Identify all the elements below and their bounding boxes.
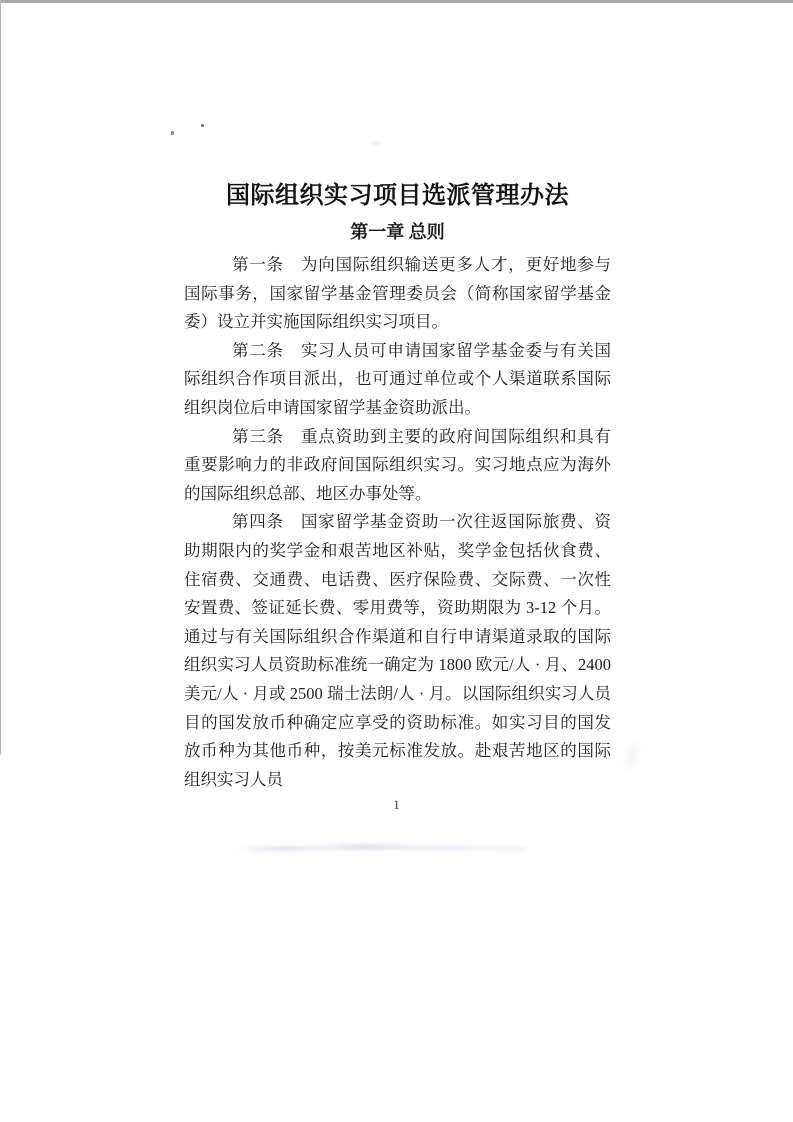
scan-smudge-bottom — [232, 838, 527, 856]
document-title: 国际组织实习项目选派管理办法 — [184, 181, 611, 211]
scan-smudge — [366, 139, 386, 147]
document-body: 国际组织实习项目选派管理办法 第一章 总则 第一条 为向国际组织输送更多人才，更… — [184, 181, 611, 794]
chapter-heading: 第一章 总则 — [184, 222, 611, 242]
body-paragraph: 第三条 重点资助到主要的政府间国际组织和具有重要影响力的非政府间国际组织实习。实… — [184, 423, 611, 509]
scan-speck — [171, 131, 174, 135]
body-paragraph: 第二条 实习人员可申请国家留学基金委与有关国际组织合作项目派出，也可通过单位或个… — [184, 337, 611, 423]
body-paragraph: 第一条 为向国际组织输送更多人才，更好地参与国际事务，国家留学基金管理委员会（简… — [184, 251, 611, 337]
scan-smudge-right — [604, 721, 661, 790]
scanned-document-page: 国际组织实习项目选派管理办法 第一章 总则 第一条 为向国际组织输送更多人才，更… — [0, 0, 793, 1122]
body-paragraph: 第四条 国家留学基金资助一次往返国际旅费、资助期限内的奖学金和艰苦地区补贴，奖学… — [184, 508, 611, 794]
scan-border-top — [0, 0, 793, 3]
scan-border-left — [0, 0, 1, 755]
page-number: 1 — [0, 797, 793, 813]
scan-speck — [201, 124, 204, 127]
body-text: 第一条 为向国际组织输送更多人才，更好地参与国际事务，国家留学基金管理委员会（简… — [184, 251, 611, 794]
